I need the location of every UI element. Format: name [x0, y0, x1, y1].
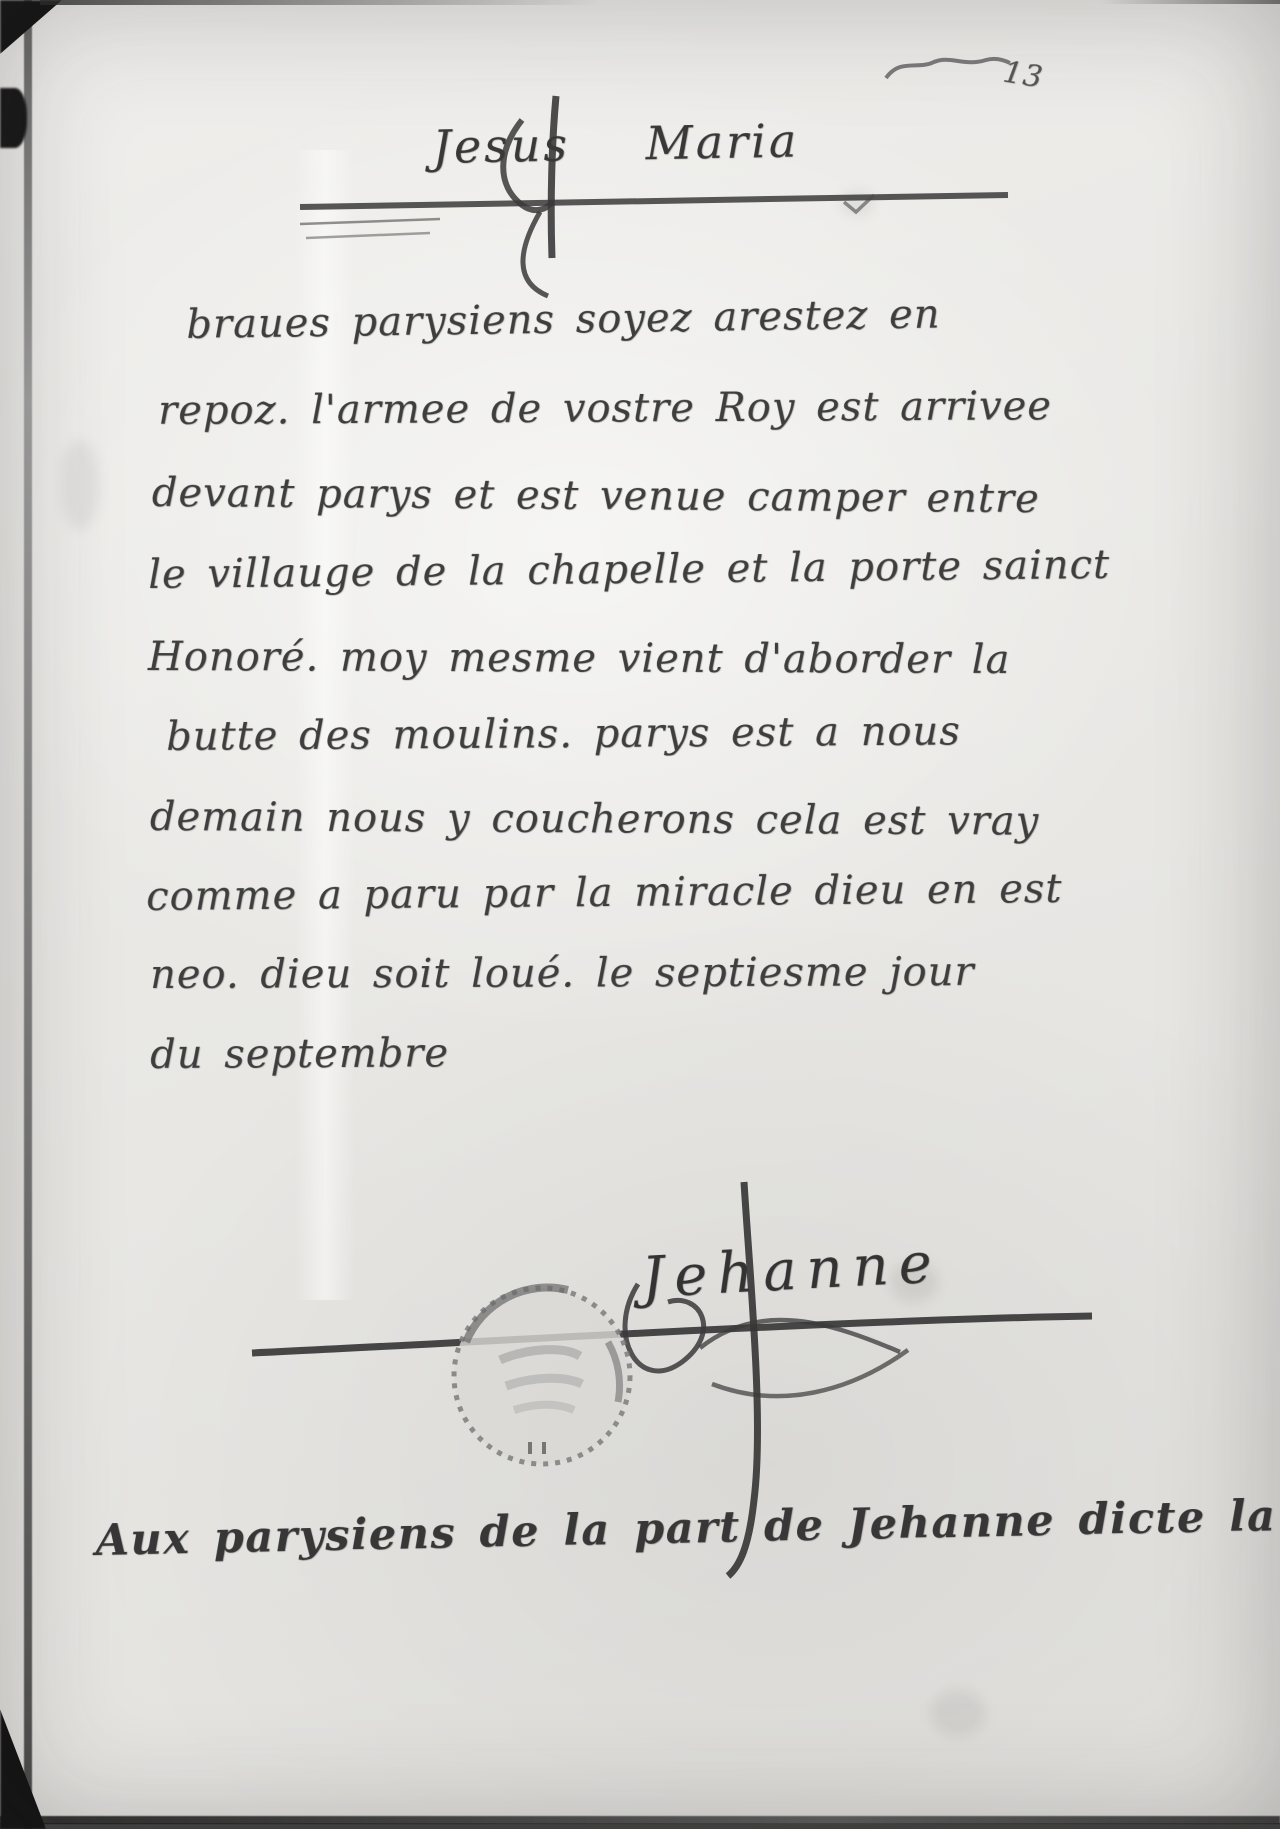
scan-edge-left: [24, 0, 32, 1829]
body-line-5: Honoré. moy mesme vient d'aborder la: [148, 634, 1011, 683]
heading-underline-stroke: [300, 195, 1008, 207]
scan-edge-bottom-line: [0, 1816, 1280, 1824]
corner-scribble: [886, 59, 1010, 78]
paper-stain: [840, 190, 874, 216]
body-line-10: du septembre: [150, 1030, 449, 1078]
signature-paraph-horizontal-stroke: [252, 1316, 1092, 1353]
paper-stain: [60, 440, 100, 530]
address-line: Aux parysiens de la part de Jehanne dict…: [95, 1487, 1280, 1566]
body-line-9: neo. dieu soit loué. le septiesme jour: [150, 949, 975, 998]
body-line-6: butte des moulins. parys est a nous: [166, 708, 961, 760]
seal-graphic: [448, 1282, 636, 1470]
body-line-1: braues parysiens soyez arestez en: [186, 291, 941, 348]
letter-heading: Jesus Maria: [432, 114, 800, 174]
body-line-2: repoz. l'armee de vostre Roy est arrivee: [158, 383, 1052, 434]
circular-ink-seal-icon: [448, 1282, 636, 1470]
scan-edge-notch: [0, 88, 27, 148]
body-line-4: le villauge de la chapelle et la porte s…: [148, 542, 1110, 598]
body-line-8: comme a paru par la miracle dieu en est: [146, 866, 1063, 920]
paper-stain: [930, 1690, 986, 1736]
folio-number: 13: [1001, 55, 1046, 96]
body-line-7: demain nous y coucherons cela est vray: [150, 794, 1040, 845]
signature-flourish-stroke: [712, 1350, 908, 1396]
signature-flourish-stroke: [700, 1320, 900, 1352]
manuscript-scan: 13 Jesus Maria braues parysiens soyez ar…: [0, 0, 1280, 1829]
body-line-3: devant parys et est venue camper entre: [152, 470, 1040, 522]
heading-cross-tail-stroke: [523, 212, 548, 296]
scan-edge-top-right: [1100, 0, 1280, 4]
scan-edge-top: [40, 0, 600, 5]
scan-corner-bottom-left: [0, 1709, 46, 1829]
signature-name: Jehanne: [640, 1230, 943, 1311]
